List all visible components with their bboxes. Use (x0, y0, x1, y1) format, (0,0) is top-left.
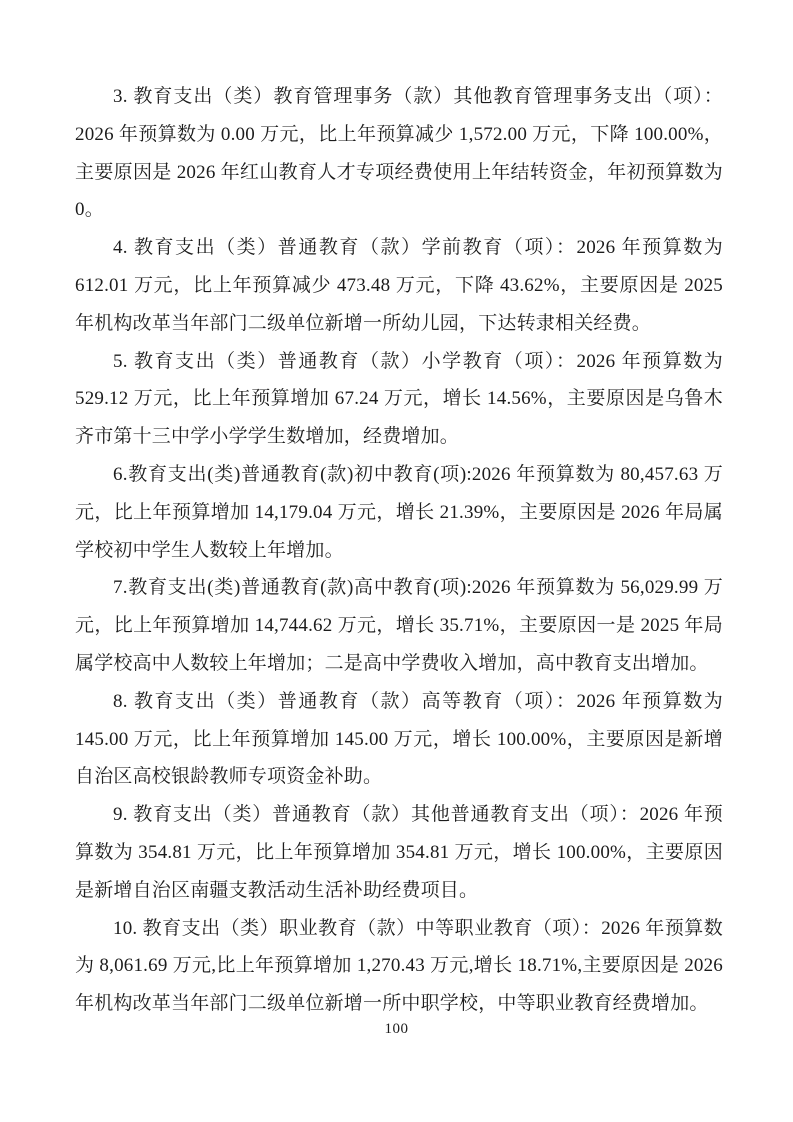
budget-paragraph-4: 4. 教育支出（类）普通教育（款）学前教育（项）：2026 年预算数为 612.… (75, 229, 723, 342)
page-number-label: 100 (0, 1021, 793, 1038)
page-body: 3. 教育支出（类）教育管理事务（款）其他教育管理事务支出（项）：2026 年预… (75, 78, 723, 1023)
budget-paragraph-9: 9. 教育支出（类）普通教育（款）其他普通教育支出（项）：2026 年预算数为 … (75, 796, 723, 909)
document-page: 3. 教育支出（类）教育管理事务（款）其他教育管理事务支出（项）：2026 年预… (0, 0, 793, 1122)
budget-paragraph-8: 8. 教育支出（类）普通教育（款）高等教育（项）：2026 年预算数为 145.… (75, 683, 723, 796)
budget-paragraph-7: 7.教育支出(类)普通教育(款)高中教育(项):2026 年预算数为 56,02… (75, 569, 723, 682)
budget-paragraph-10: 10. 教育支出（类）职业教育（款）中等职业教育（项）：2026 年预算数为 8… (75, 910, 723, 1023)
budget-paragraph-5: 5. 教育支出（类）普通教育（款）小学教育（项）：2026 年预算数为 529.… (75, 343, 723, 456)
budget-paragraph-3: 3. 教育支出（类）教育管理事务（款）其他教育管理事务支出（项）：2026 年预… (75, 78, 723, 229)
budget-paragraph-6: 6.教育支出(类)普通教育(款)初中教育(项):2026 年预算数为 80,45… (75, 456, 723, 569)
